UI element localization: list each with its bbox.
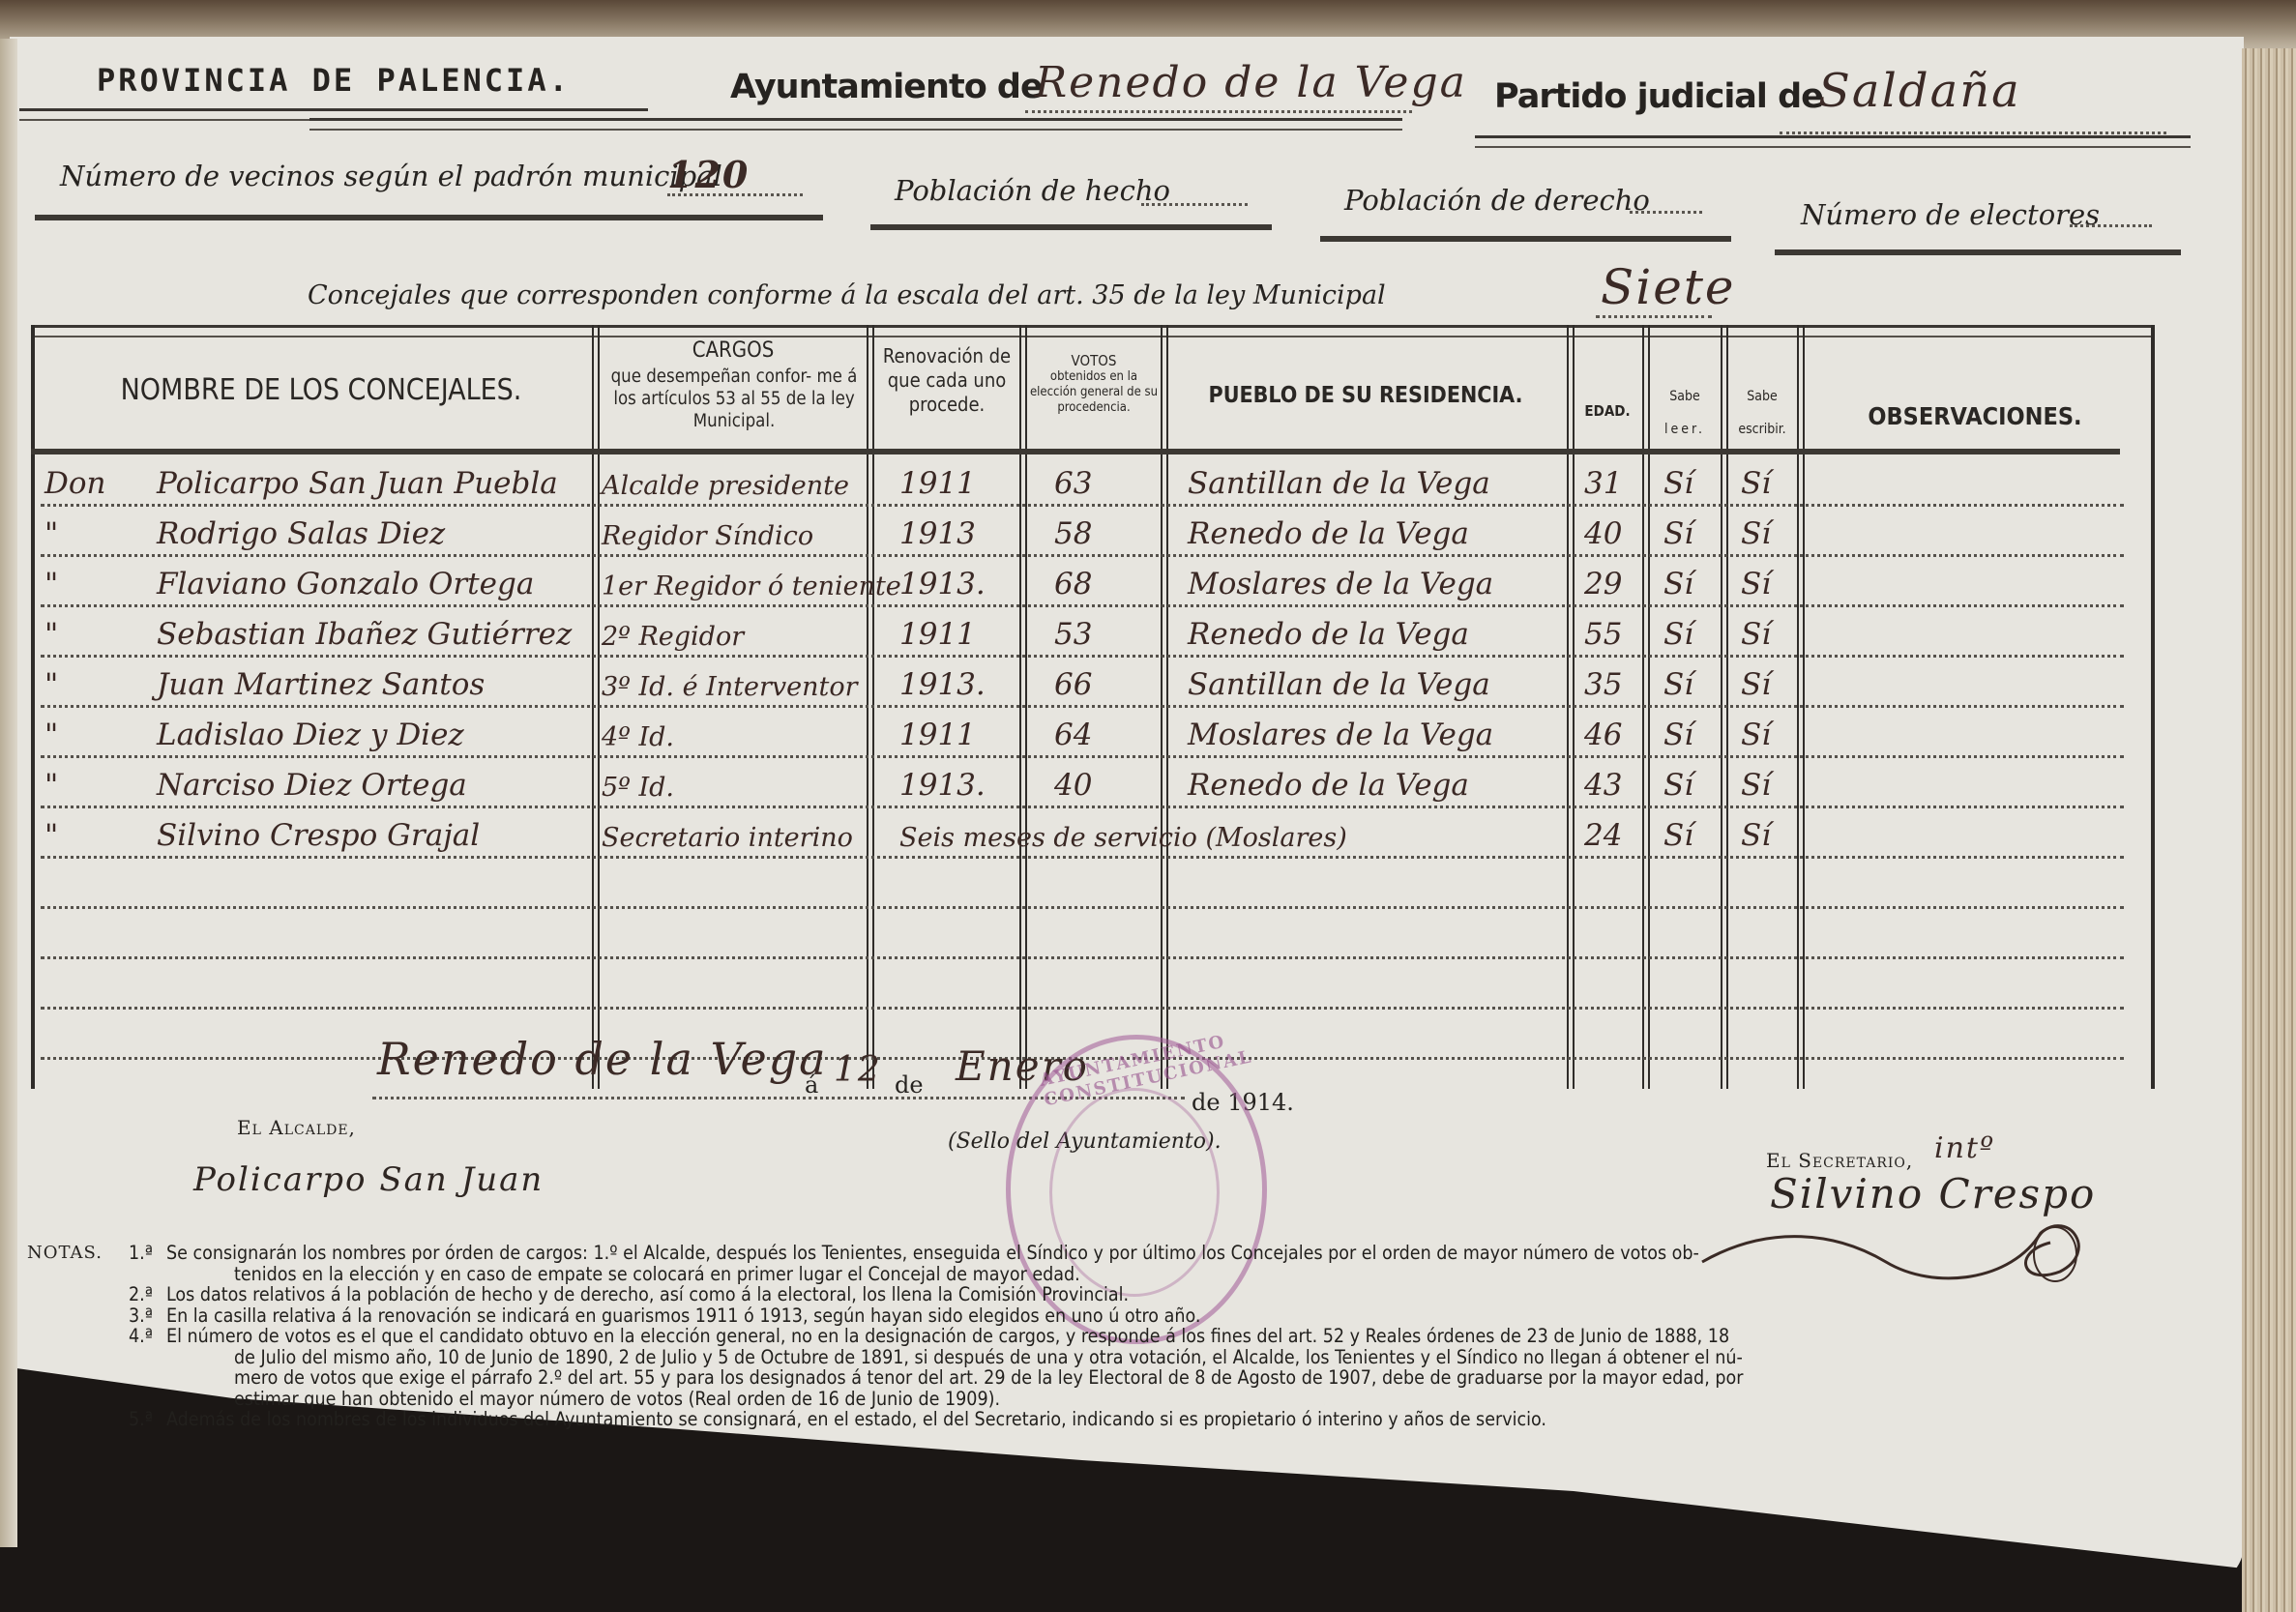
cell-pueblo: Renedo de la Vega [1188, 516, 1469, 551]
ayuntamiento-label: Ayuntamiento de [730, 68, 1043, 106]
note-line: 5.ªAdemás de los nombres de los individu… [85, 1409, 2174, 1430]
cell-nombre: Ladislao Diez y Diez [157, 718, 464, 752]
table-row [31, 959, 2153, 1010]
column-header-leer-top: Sabe [1650, 389, 1720, 404]
cell-edad: 40 [1584, 516, 1622, 551]
table-row: "Narciso Diez Ortega5º Id.1913.40Renedo … [31, 758, 2153, 808]
column-header-nombre: NOMBRE DE LOS CONCEJALES. [89, 373, 553, 407]
column-header-pueblo: PUEBLO DE SU RESIDENCIA. [1172, 383, 1559, 408]
cell-cargo: Regidor Síndico [602, 521, 813, 551]
cell-votos: 63 [1054, 466, 1092, 501]
cell-votos: 40 [1054, 768, 1092, 803]
note-text: Los datos relativos á la población de he… [166, 1283, 1129, 1305]
note-line: tenidos en la elección y en caso de empa… [85, 1264, 2174, 1285]
electores-label: Número de electores [1801, 198, 2100, 231]
note-text: En la casilla relativa á la renovación s… [166, 1304, 1200, 1327]
table-row [31, 909, 2153, 959]
column-header-edad: EDAD. [1573, 402, 1642, 420]
secretario-signature: Silvino Crespo [1770, 1170, 2096, 1217]
note-line: 1.ªSe consignarán los nombres por órden … [85, 1243, 2174, 1264]
note-line: 3.ªEn la casilla relativa á la renovació… [85, 1305, 2174, 1327]
divider [870, 224, 1272, 230]
dotted-line [1596, 315, 1712, 318]
note-line: 4.ªEl número de votos es el que el candi… [85, 1326, 2174, 1347]
cell-nombre: Sebastian Ibañez Gutiérrez [157, 617, 572, 652]
poblacion-hecho-label: Población de hecho [895, 174, 1170, 207]
alcalde-signature: Policarpo San Juan [193, 1160, 544, 1199]
cell-cargo: Secretario interino [602, 823, 853, 853]
secretario-suffix: intº [1934, 1131, 1995, 1165]
place-value: Renedo de la Vega [377, 1033, 828, 1085]
cell-cargo: 2º Regidor [602, 622, 744, 652]
cell-escribir: Sí [1741, 768, 1771, 803]
cell-edad: 43 [1584, 768, 1622, 803]
cell-renovacion: 1911 [899, 617, 976, 652]
column-header-votos-sub: obtenidos en la elección general de su p… [1027, 369, 1161, 416]
cell-pueblo: Renedo de la Vega [1188, 768, 1469, 803]
column-header-observaciones: OBSERVACIONES. [1810, 402, 2139, 430]
electores-field [2070, 224, 2152, 227]
table-row: DonPolicarpo San Juan PueblaAlcalde pres… [31, 456, 2153, 507]
cell-cargo: Alcalde presidente [602, 471, 849, 501]
alcalde-label: El Alcalde, [237, 1116, 356, 1139]
book-gutter [0, 39, 17, 1547]
cell-votos: 68 [1054, 567, 1092, 601]
cell-votos: 66 [1054, 667, 1092, 702]
cell-nombre: Silvino Crespo Grajal [157, 818, 480, 853]
column-header-votos-title: VOTOS [1027, 352, 1161, 369]
note-text: El número de votos es el que el candidat… [166, 1325, 1729, 1347]
dotted-line [1780, 132, 2166, 134]
cell-votos: 53 [1054, 617, 1092, 652]
date-de: de [895, 1071, 924, 1099]
table-row: "Silvino Crespo GrajalSecretario interin… [31, 808, 2153, 859]
ayuntamiento-value: Renedo de la Vega [1035, 58, 1467, 107]
column-header-leer-bottom: leer. [1650, 422, 1720, 437]
cell-leer: Sí [1663, 466, 1693, 501]
cell-leer: Sí [1663, 768, 1693, 803]
divider [309, 118, 1402, 131]
province-title: PROVINCIA DE PALENCIA. [97, 62, 571, 99]
cell-pueblo: Santillan de la Vega [1188, 466, 1490, 501]
cell-renovacion: Seis meses de servicio (Moslares) [899, 823, 1347, 853]
cell-escribir: Sí [1741, 718, 1771, 752]
cell-cargo: 3º Id. é Interventor [602, 672, 858, 702]
cell-escribir: Sí [1741, 818, 1771, 853]
table-row [31, 859, 2153, 909]
divider [1775, 249, 2181, 255]
cell-edad: 35 [1584, 667, 1622, 702]
note-line: mero de votos que exige el párrafo 2.º d… [85, 1367, 2174, 1389]
table-top-border [31, 325, 2153, 337]
cell-cargo: 4º Id. [602, 722, 674, 752]
dotted-line [1025, 110, 1412, 113]
cell-pueblo: Renedo de la Vega [1188, 617, 1469, 652]
poblacion-hecho-field [1141, 203, 1248, 206]
concejales-label: Concejales que corresponden conforme á l… [308, 280, 1386, 310]
dotted-line [667, 193, 803, 196]
note-number: 2.ª [85, 1284, 166, 1305]
cell-pueblo: Moslares de la Vega [1188, 567, 1493, 601]
cell-prefix: " [44, 667, 58, 702]
cell-leer: Sí [1663, 667, 1693, 702]
date-a: á [805, 1071, 818, 1099]
cell-edad: 24 [1584, 818, 1622, 853]
note-number: 3.ª [85, 1305, 166, 1327]
day-value: 12 [834, 1050, 882, 1090]
book-page-edges [2242, 48, 2296, 1612]
divider [1475, 135, 2191, 148]
cell-pueblo: Santillan de la Vega [1188, 667, 1490, 702]
table-row: "Ladislao Diez y Diez4º Id.191164Moslare… [31, 708, 2153, 758]
cell-edad: 55 [1584, 617, 1622, 652]
cell-escribir: Sí [1741, 567, 1771, 601]
notes-block: 1.ªSe consignarán los nombres por órden … [85, 1243, 2174, 1430]
concejales-table: NOMBRE DE LOS CONCEJALES. CARGOS que des… [31, 325, 2153, 1089]
cell-nombre: Rodrigo Salas Diez [157, 516, 445, 551]
note-number: 5.ª [85, 1409, 166, 1430]
column-header-escribir-bottom: escribir. [1727, 422, 1797, 437]
cell-leer: Sí [1663, 718, 1693, 752]
cell-prefix: Don [44, 466, 105, 501]
cell-pueblo: Moslares de la Vega [1188, 718, 1493, 752]
note-line: de Julio del mismo año, 10 de Junio de 1… [85, 1347, 2174, 1368]
cell-renovacion: 1913. [899, 567, 986, 601]
partido-label: Partido judicial de [1494, 77, 1823, 116]
column-header-cargos-sub: que desempeñan confor- me á los artículo… [603, 366, 865, 432]
table-row: "Sebastian Ibañez Gutiérrez2º Regidor191… [31, 607, 2153, 658]
cell-cargo: 5º Id. [602, 773, 674, 803]
poblacion-derecho-label: Población de derecho [1344, 184, 1650, 217]
concejales-value: Siete [1601, 259, 1736, 315]
note-number: 1.ª [85, 1243, 166, 1264]
cell-votos: 58 [1054, 516, 1092, 551]
cell-prefix: " [44, 818, 58, 853]
cell-renovacion: 1913. [899, 768, 986, 803]
cell-leer: Sí [1663, 567, 1693, 601]
column-header-renovacion: Renovación de que cada uno procede. [874, 344, 1019, 417]
cell-nombre: Juan Martinez Santos [157, 667, 485, 702]
cell-edad: 46 [1584, 718, 1622, 752]
cell-escribir: Sí [1741, 466, 1771, 501]
column-header-escribir-top: Sabe [1727, 389, 1797, 404]
header-bottom-rule [31, 449, 2120, 454]
table-row: "Rodrigo Salas DiezRegidor Síndico191358… [31, 507, 2153, 557]
cell-nombre: Narciso Diez Ortega [157, 768, 467, 803]
cell-prefix: " [44, 617, 58, 652]
cell-prefix: " [44, 768, 58, 803]
note-line: 2.ªLos datos relativos á la población de… [85, 1284, 2174, 1305]
cell-escribir: Sí [1741, 667, 1771, 702]
cell-leer: Sí [1663, 818, 1693, 853]
table-row: "Flaviano Gonzalo Ortega1er Regidor ó te… [31, 557, 2153, 607]
cell-leer: Sí [1663, 516, 1693, 551]
cell-renovacion: 1913 [899, 516, 976, 551]
cell-nombre: Policarpo San Juan Puebla [157, 466, 558, 501]
note-text: Además de los nombres de los individuos … [166, 1408, 1546, 1430]
partido-value: Saldaña [1818, 64, 2021, 118]
cell-edad: 31 [1584, 466, 1622, 501]
cell-prefix: " [44, 718, 58, 752]
cell-renovacion: 1911 [899, 466, 976, 501]
poblacion-derecho-field [1630, 211, 1702, 214]
cell-escribir: Sí [1741, 617, 1771, 652]
note-number: 4.ª [85, 1326, 166, 1347]
cell-nombre: Flaviano Gonzalo Ortega [157, 567, 534, 601]
cell-leer: Sí [1663, 617, 1693, 652]
vecinos-value: 120 [667, 153, 750, 196]
cell-escribir: Sí [1741, 516, 1771, 551]
note-text: Se consignarán los nombres por órden de … [166, 1242, 1699, 1264]
cell-prefix: " [44, 516, 58, 551]
cell-prefix: " [44, 567, 58, 601]
cell-renovacion: 1911 [899, 718, 976, 752]
divider [1320, 236, 1731, 242]
cell-renovacion: 1913. [899, 667, 986, 702]
cell-votos: 64 [1054, 718, 1092, 752]
divider [35, 215, 823, 220]
vecinos-label: Número de vecinos según el padrón munici… [60, 160, 722, 192]
cell-cargo: 1er Regidor ó teniente [602, 572, 901, 601]
table-row: "Juan Martinez Santos3º Id. é Intervento… [31, 658, 2153, 708]
secretario-label: El Secretario, [1766, 1149, 1913, 1172]
note-line: estimar que han obtenido el mayor número… [85, 1389, 2174, 1410]
column-header-cargos-title: CARGOS [600, 338, 867, 363]
cell-edad: 29 [1584, 567, 1622, 601]
